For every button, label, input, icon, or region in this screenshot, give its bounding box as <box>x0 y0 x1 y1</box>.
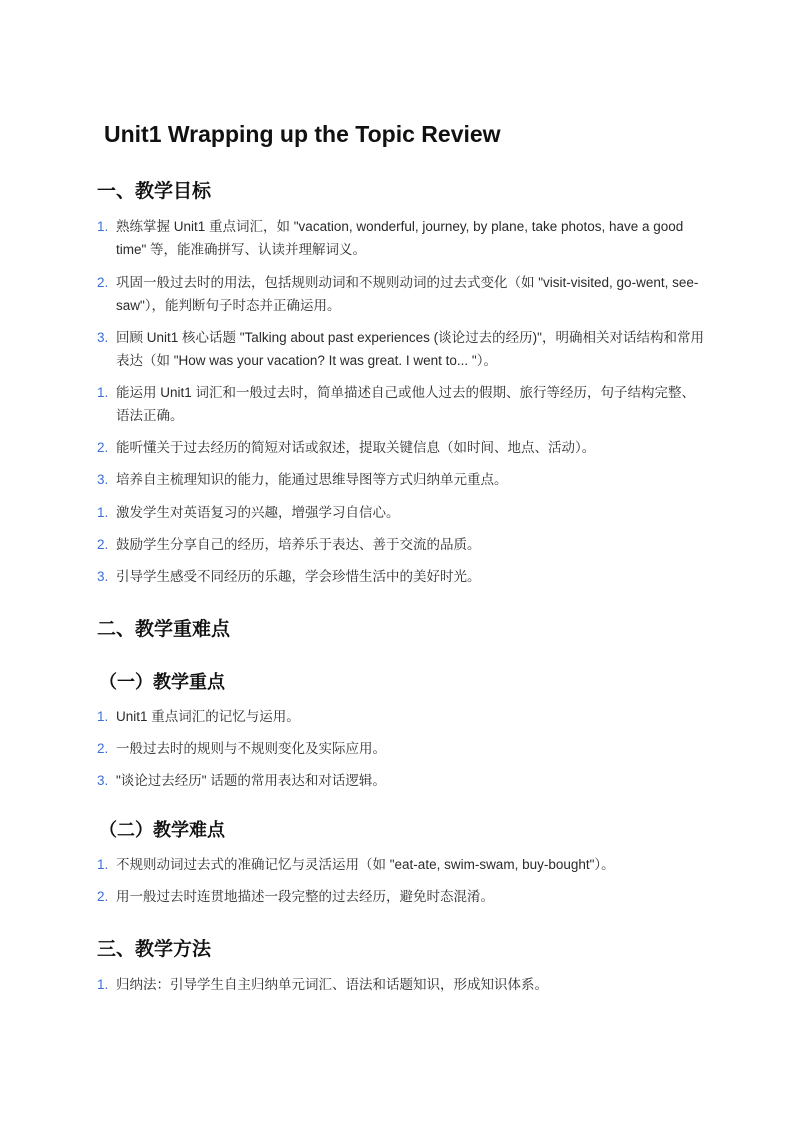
section-heading-key-points: 二、教学重难点 <box>97 614 230 641</box>
list-number: 2. <box>97 436 116 459</box>
list-text: Unit1 重点词汇的记忆与运用。 <box>116 705 705 728</box>
list-text: 不规则动词过去式的准确记忆与灵活运用（如 "eat-ate, swim-swam… <box>116 853 705 876</box>
list-item: 1. Unit1 重点词汇的记忆与运用。 <box>97 705 705 728</box>
document-title: Unit1 Wrapping up the Topic Review <box>104 121 501 148</box>
list-item: 1. 激发学生对英语复习的兴趣，增强学习自信心。 <box>97 501 705 524</box>
list-number: 3. <box>97 565 116 588</box>
list-number: 3. <box>97 769 116 792</box>
list-item: 2. 能听懂关于过去经历的简短对话或叙述，提取关键信息（如时间、地点、活动）。 <box>97 436 705 459</box>
list-text: 巩固一般过去时的用法，包括规则动词和不规则动词的过去式变化（如 "visit-v… <box>116 271 705 317</box>
list-item: 3. 引导学生感受不同经历的乐趣，学会珍惜生活中的美好时光。 <box>97 565 705 588</box>
list-item: 3. 回顾 Unit1 核心话题 "Talking about past exp… <box>97 326 705 372</box>
list-text: 能运用 Unit1 词汇和一般过去时，简单描述自己或他人过去的假期、旅行等经历，… <box>116 381 705 427</box>
list-item: 1. 熟练掌握 Unit1 重点词汇，如 "vacation, wonderfu… <box>97 215 705 261</box>
list-number: 2. <box>97 885 116 908</box>
section-heading-methods: 三、教学方法 <box>97 934 211 961</box>
list-text: 用一般过去时连贯地描述一段完整的过去经历，避免时态混淆。 <box>116 885 705 908</box>
list-number: 2. <box>97 533 116 556</box>
list-number: 1. <box>97 705 116 728</box>
list-text: 鼓励学生分享自己的经历，培养乐于表达、善于交流的品质。 <box>116 533 705 556</box>
list-number: 1. <box>97 501 116 524</box>
section-heading-objectives: 一、教学目标 <box>97 176 211 203</box>
list-number: 1. <box>97 853 116 876</box>
subsection-heading-focus: （一）教学重点 <box>99 668 225 694</box>
list-number: 3. <box>97 468 116 491</box>
list-item: 2. 鼓励学生分享自己的经历，培养乐于表达、善于交流的品质。 <box>97 533 705 556</box>
list-number: 1. <box>97 973 116 996</box>
list-number: 3. <box>97 326 116 372</box>
list-text: 回顾 Unit1 核心话题 "Talking about past experi… <box>116 326 705 372</box>
list-text: "谈论过去经历" 话题的常用表达和对话逻辑。 <box>116 769 705 792</box>
list-item: 2. 一般过去时的规则与不规则变化及实际应用。 <box>97 737 705 760</box>
list-item: 1. 能运用 Unit1 词汇和一般过去时，简单描述自己或他人过去的假期、旅行等… <box>97 381 705 427</box>
list-text: 培养自主梳理知识的能力，能通过思维导图等方式归纳单元重点。 <box>116 468 705 491</box>
list-text: 熟练掌握 Unit1 重点词汇，如 "vacation, wonderful, … <box>116 215 705 261</box>
list-item: 3. 培养自主梳理知识的能力，能通过思维导图等方式归纳单元重点。 <box>97 468 705 491</box>
list-item: 2. 巩固一般过去时的用法，包括规则动词和不规则动词的过去式变化（如 "visi… <box>97 271 705 317</box>
list-number: 2. <box>97 271 116 317</box>
list-text: 一般过去时的规则与不规则变化及实际应用。 <box>116 737 705 760</box>
list-item: 2. 用一般过去时连贯地描述一段完整的过去经历，避免时态混淆。 <box>97 885 705 908</box>
list-text: 能听懂关于过去经历的简短对话或叙述，提取关键信息（如时间、地点、活动）。 <box>116 436 705 459</box>
list-number: 2. <box>97 737 116 760</box>
list-item: 1. 不规则动词过去式的准确记忆与灵活运用（如 "eat-ate, swim-s… <box>97 853 705 876</box>
list-text: 激发学生对英语复习的兴趣，增强学习自信心。 <box>116 501 705 524</box>
list-text: 归纳法：引导学生自主归纳单元词汇、语法和话题知识，形成知识体系。 <box>116 973 705 996</box>
list-number: 1. <box>97 215 116 261</box>
list-number: 1. <box>97 381 116 427</box>
list-item: 1. 归纳法：引导学生自主归纳单元词汇、语法和话题知识，形成知识体系。 <box>97 973 705 996</box>
subsection-heading-difficulty: （二）教学难点 <box>99 816 225 842</box>
list-item: 3. "谈论过去经历" 话题的常用表达和对话逻辑。 <box>97 769 705 792</box>
list-text: 引导学生感受不同经历的乐趣，学会珍惜生活中的美好时光。 <box>116 565 705 588</box>
document-page: Unit1 Wrapping up the Topic Review 一、教学目… <box>0 0 794 1123</box>
